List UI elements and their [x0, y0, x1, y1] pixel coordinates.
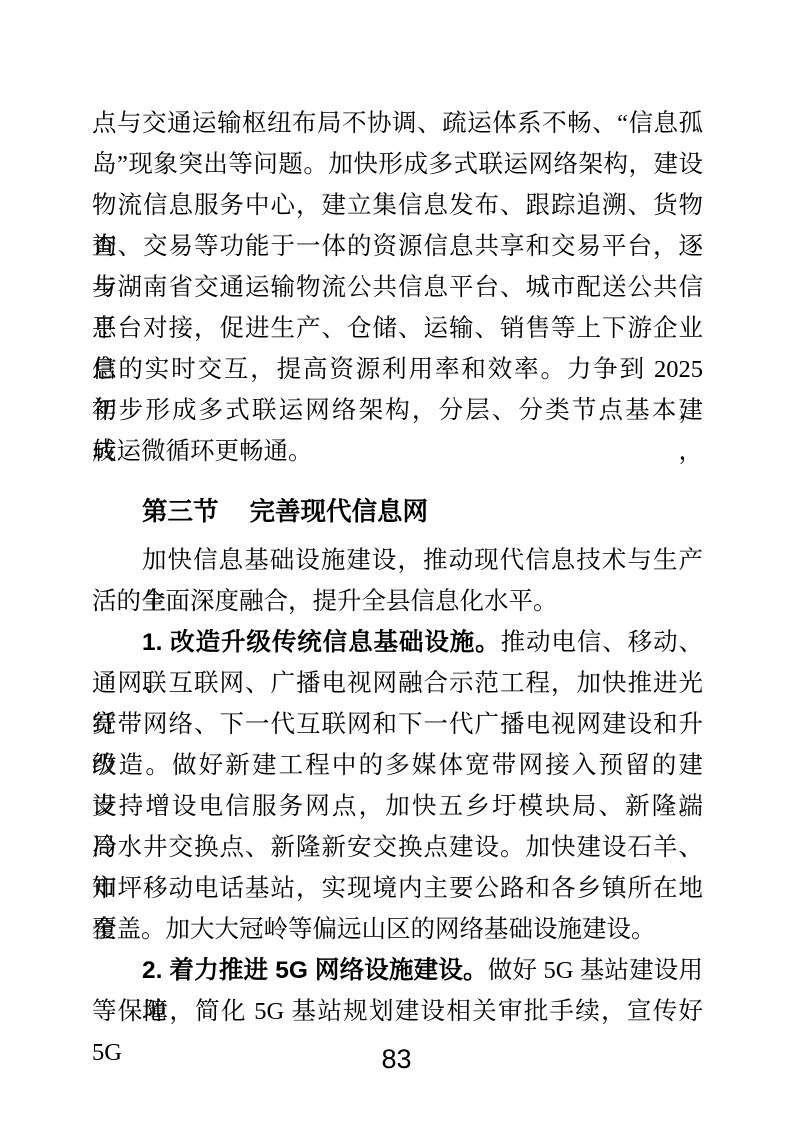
paragraph-line: 活的全面深度融合，提升全县信息化水平。 [92, 581, 703, 622]
paragraph-line: 加快信息基础设施建设，推动现代信息技术与生产生 [92, 540, 703, 581]
text-column: 点与交通运输枢纽布局不协调、疏运体系不畅、“信息孤 岛”现象突出等问题。加快形成… [92, 103, 703, 1032]
paragraph-line: 改造。做好新建工程中的多媒体宽带网接入预留的建设。 [92, 745, 703, 786]
paragraph-line: 2. 着力推进 5G 网络设施建设。做好 5G 基站建设用地 [92, 950, 703, 991]
paragraph-line: 点与交通运输枢纽布局不协调、疏运体系不畅、“信息孤 [92, 103, 703, 144]
paragraph-item-1-traditional-infrastructure: 1. 改造升级传统信息基础设施。推动电信、移动、联 通网、互联网、广播电视网融合… [92, 622, 703, 950]
paragraph-line: 宽带网络、下一代互联网和下一代广播电视网建设和升级 [92, 704, 703, 745]
paragraph-line: 支持增设电信服务网点，加快五乡圩模块局、新隆端局、 [92, 786, 703, 827]
paragraph-line: 息的实时交互，提高资源利用率和效率。力争到 2025 年， [92, 349, 703, 390]
paragraph-line: 物流信息服务中心，建立集信息发布、跟踪追溯、货物查 [92, 185, 703, 226]
paragraph-line: 1. 改造升级传统信息基础设施。推动电信、移动、联 [92, 622, 703, 663]
paragraph-line: 冷水井交换点、新隆新安交换点建设。加快建设石羊、知 [92, 827, 703, 868]
paragraph-line: 询、交易等功能于一体的资源信息共享和交易平台，逐步 [92, 226, 703, 267]
paragraph-info-infrastructure-intro: 加快信息基础设施建设，推动现代信息技术与生产生 活的全面深度融合，提升全县信息化… [92, 540, 703, 622]
paragraph-line: 与湖南省交通运输物流公共信息平台、城市配送公共信息 [92, 267, 703, 308]
paragraph-item-2-5g-network: 2. 着力推进 5G 网络设施建设。做好 5G 基站建设用地 等保障，简化 5G… [92, 950, 703, 1032]
document-page: 点与交通运输枢纽布局不协调、疏运体系不畅、“信息孤 岛”现象突出等问题。加快形成… [0, 0, 793, 1122]
paragraph-line: 等保障，简化 5G 基站规划建设相关审批手续，宣传好 5G [92, 991, 703, 1032]
paragraph-line: 市坪移动电话基站，实现境内主要公路和各乡镇所在地全 [92, 868, 703, 909]
paragraph-line: 覆盖。加大大冠岭等偏远山区的网络基础设施建设。 [92, 909, 703, 950]
numbered-item-lead: 1. 改造升级传统信息基础设施。 [142, 629, 501, 656]
paragraph-line: 通网、互联网、广播电视网融合示范工程，加快推进光纤 [92, 663, 703, 704]
page-number: 83 [0, 1044, 793, 1074]
section-heading-title: 完善现代信息网 [250, 498, 429, 526]
section-heading-label: 第三节 [142, 498, 219, 526]
paragraph-line: 岛”现象突出等问题。加快形成多式联运网络架构，建设 [92, 144, 703, 185]
section-heading: 第三节完善现代信息网 [92, 492, 703, 533]
paragraph-multimodal-network: 点与交通运输枢纽布局不协调、疏运体系不畅、“信息孤 岛”现象突出等问题。加快形成… [92, 103, 703, 472]
paragraph-line: 平台对接，促进生产、仓储、运输、销售等上下游企业信 [92, 308, 703, 349]
paragraph-line: 初步形成多式联运网络架构，分层、分类节点基本建成， [92, 390, 703, 431]
numbered-item-lead: 2. 着力推进 5G 网络设施建设。 [142, 957, 488, 984]
